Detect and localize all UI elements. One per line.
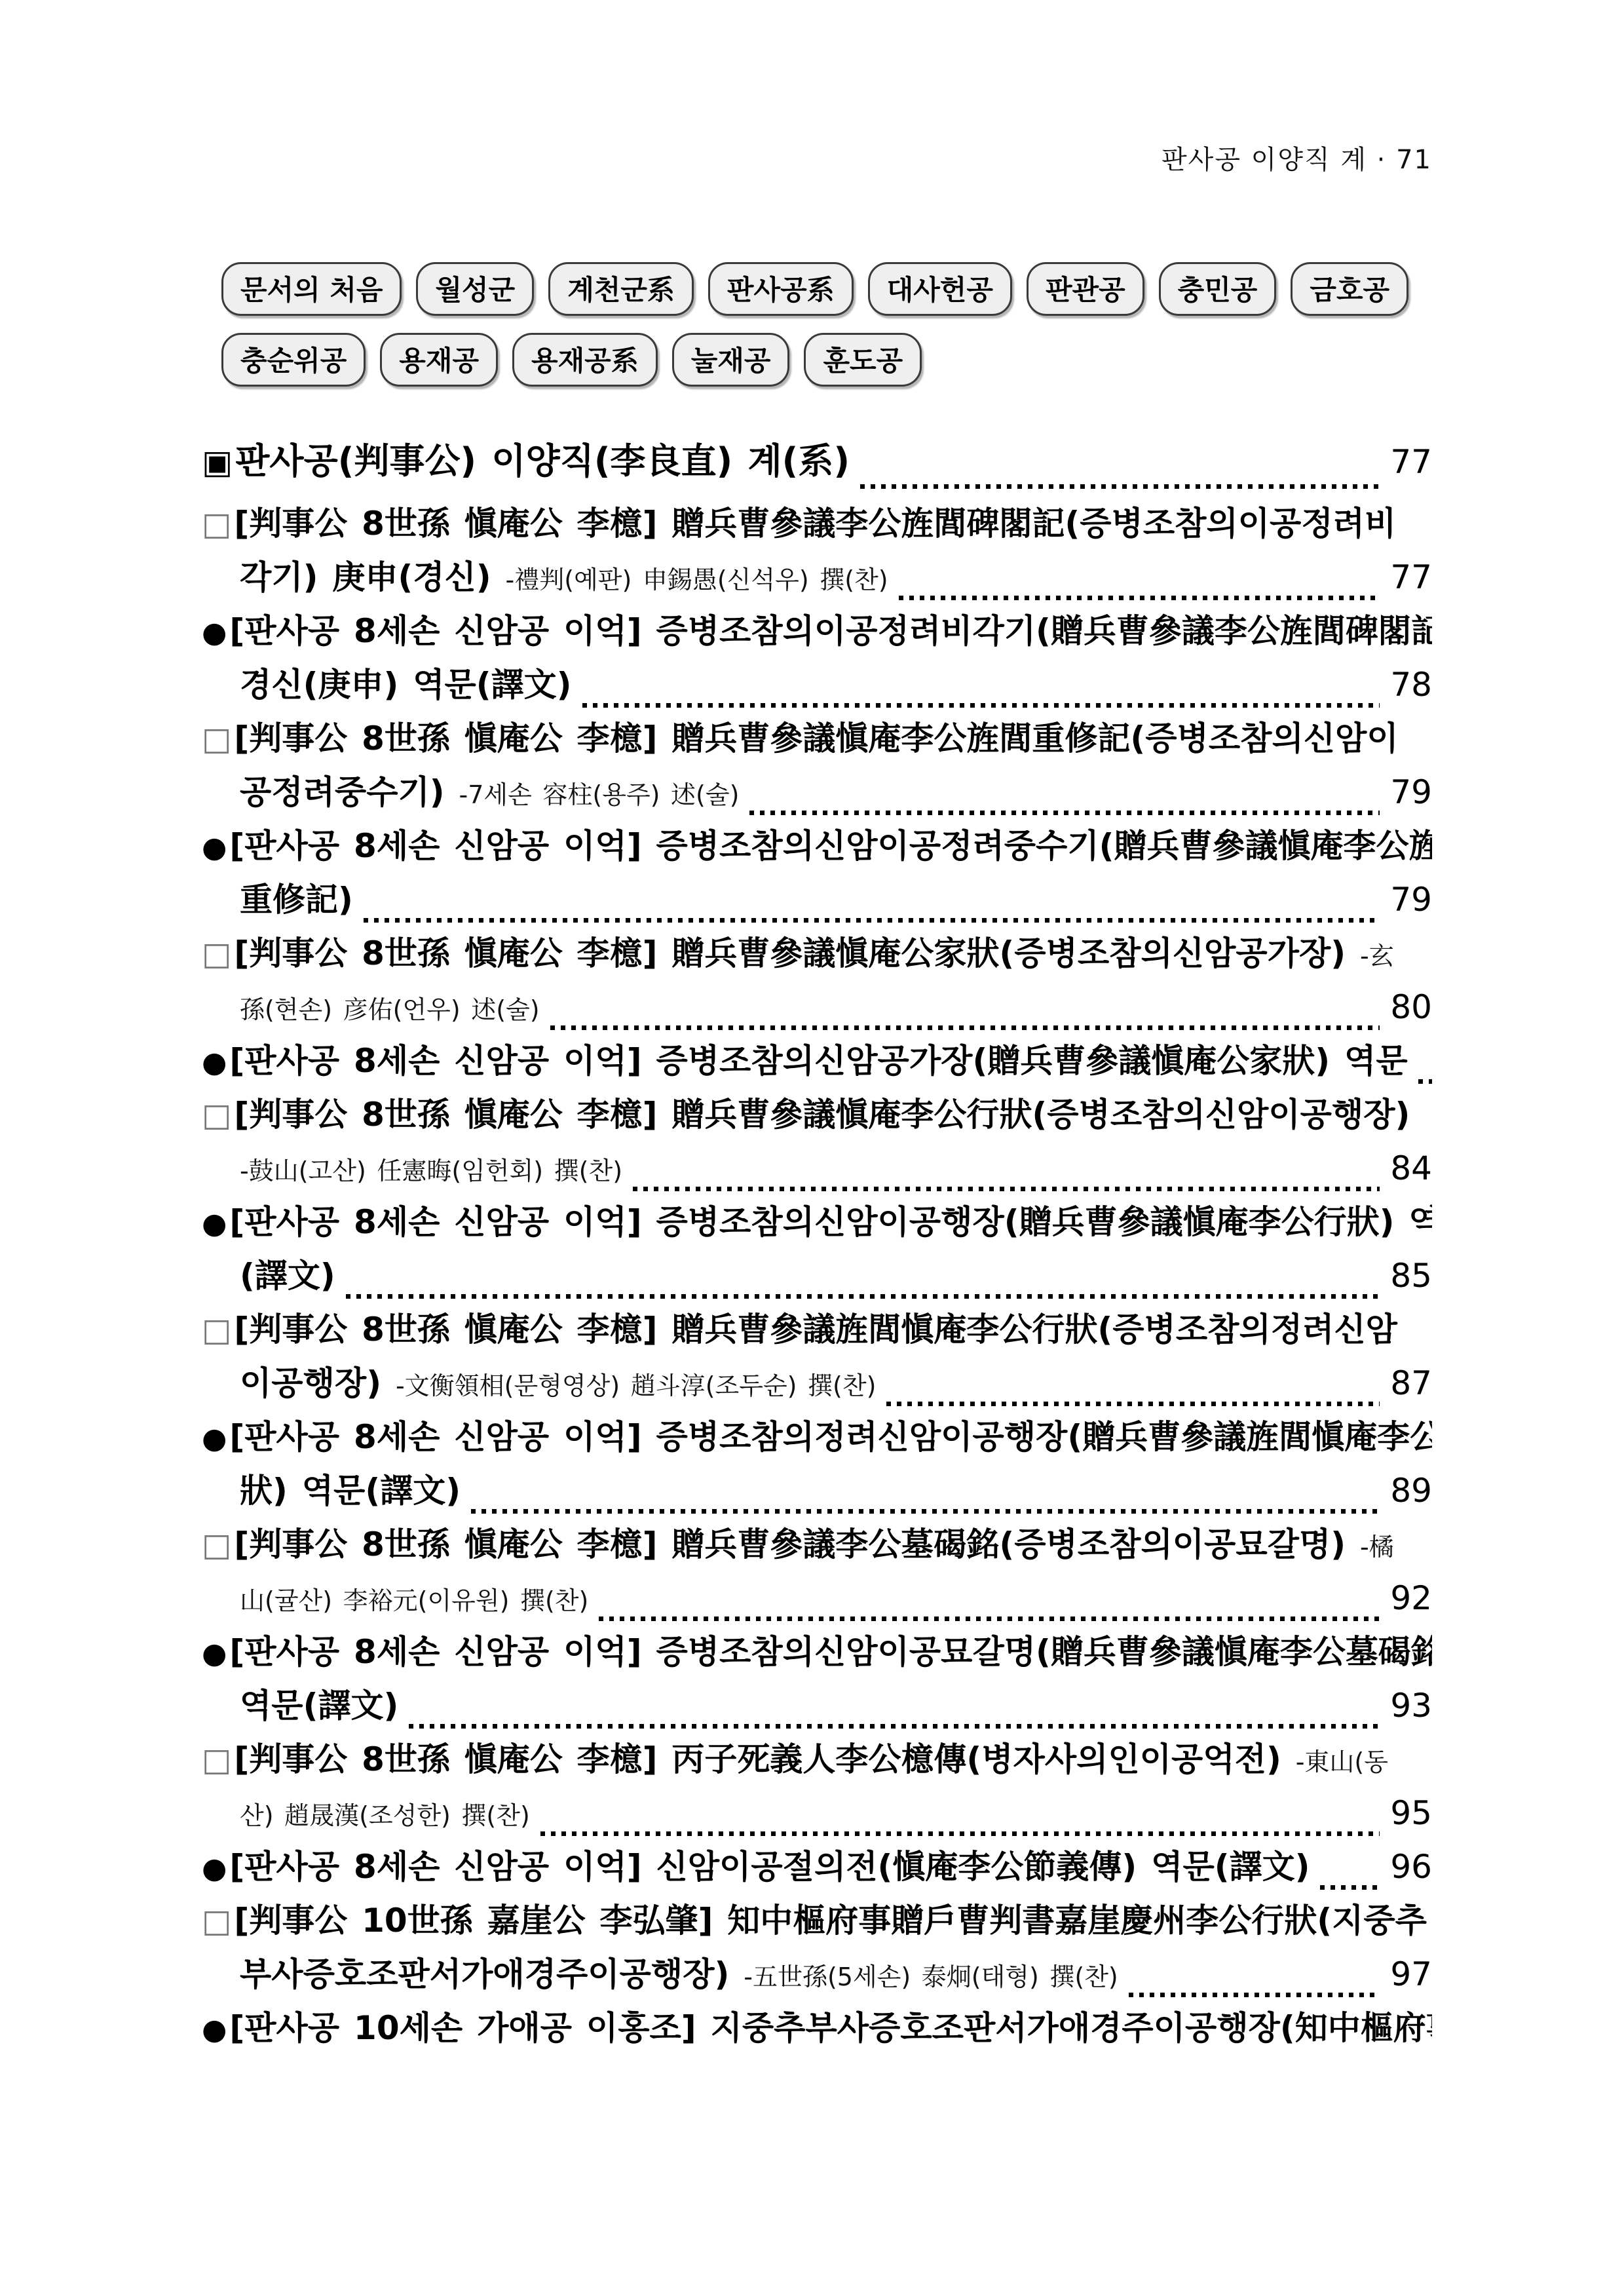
filled-circle-marker-icon: ● — [202, 2003, 227, 2055]
toc-heading: ▣ 판사공(判事公) 이양직(李良直) 계(系) 77 — [202, 430, 1432, 493]
toc-entry: □[判事公 8世孫 愼庵公 李檍] 贈兵曹參議李公墓碣銘(증병조참의이공묘갈명)… — [202, 1518, 1432, 1625]
toc-entry-text[interactable]: [판사공 10세손 가애공 이홍조] 지중추부사증호조판서가애경주이공행장(知中… — [229, 2001, 1432, 2055]
toc-entry: ●[판사공 8세손 신암공 이억] 증병조참의신암이공묘갈명(贈兵曹參議愼庵李公… — [202, 1625, 1432, 1732]
toc-line: 공정려중수기) -7세손 容柱(용주) 述(술)79 — [202, 765, 1432, 819]
dotted-leader — [540, 1831, 1380, 1836]
page-number: 85 — [1390, 1249, 1432, 1303]
dotted-leader — [599, 1617, 1380, 1621]
running-header-text: 판사공 이양직 계 · 71 — [1161, 145, 1432, 175]
toc-annotation-text[interactable]: 산) 趙晟漢(조성한) 撰(찬) — [240, 1789, 530, 1840]
dotted-leader — [582, 703, 1380, 708]
toc-entry-text[interactable]: [판사공 8세손 신암공 이억] 증병조참의신암이공정려중수기(贈兵曹參議愼庵李… — [229, 819, 1432, 873]
toc-entry-text[interactable]: [판사공 8세손 신암공 이억] 증병조참의신암이공묘갈명(贈兵曹參議愼庵李公墓… — [229, 1625, 1432, 1679]
dotted-leader — [346, 1294, 1380, 1299]
toc-entries: □[判事公 8世孫 愼庵公 李檍] 贈兵曹參議李公旌閭碑閣記(증병조참의이공정려… — [202, 497, 1432, 2055]
filled-circle-marker-icon: ● — [202, 606, 227, 658]
nav-pill[interactable]: 금호공 — [1291, 262, 1408, 316]
toc-line: ●[판사공 8세손 신암공 이억] 증병조참의신암이공묘갈명(贈兵曹參議愼庵李公… — [202, 1625, 1432, 1679]
dotted-leader — [1129, 1993, 1380, 1997]
toc-entry-text[interactable]: [판사공 8세손 신암공 이억] 신암이공절의전(愼庵李公節義傳) 역문(譯文) — [229, 1840, 1310, 1894]
toc-entry-text[interactable]: [判事公 8世孫 愼庵公 李檍] 贈兵曹參議愼庵公家狀(증병조참의신암공가장) — [234, 927, 1360, 980]
toc-entry-text[interactable]: [判事公 8世孫 愼庵公 李檍] 贈兵曹參議旌閭愼庵李公行狀(증병조참의정려신암 — [234, 1303, 1397, 1356]
toc-annotation-text[interactable]: -禮判(예판) 申錫愚(신석우) 撰(찬) — [506, 553, 888, 604]
toc-entry: □[判事公 8世孫 愼庵公 李檍] 贈兵曹參議愼庵李公行狀(증병조참의신암이공행… — [202, 1088, 1432, 1195]
toc-line: 경신(庚申) 역문(譯文)78 — [202, 658, 1432, 712]
toc-annotation-text[interactable]: -7세손 容柱(용주) 述(술) — [459, 768, 740, 819]
toc-line: 역문(譯文)93 — [202, 1679, 1432, 1732]
dotted-leader — [550, 1025, 1380, 1030]
toc-line: ●[판사공 8세손 신암공 이억] 증병조참의신암공가장(贈兵曹參議愼庵公家狀)… — [202, 1034, 1432, 1088]
toc-line: 狀) 역문(譯文)89 — [202, 1464, 1432, 1518]
open-square-marker-icon: □ — [202, 1518, 231, 1571]
running-header: 판사공 이양직 계 · 71 — [197, 139, 1432, 176]
toc-entry-text[interactable]: [判事公 8世孫 愼庵公 李檍] 贈兵曹參議李公旌閭碑閣記(증병조참의이공정려비 — [234, 497, 1396, 550]
toc-annotation-text[interactable]: -玄 — [1360, 929, 1394, 980]
dotted-leader — [409, 1724, 1380, 1729]
filled-circle-marker-icon: ● — [202, 1627, 227, 1679]
open-square-marker-icon: □ — [202, 1303, 231, 1356]
open-square-marker-icon: □ — [202, 497, 231, 550]
toc-entry-text[interactable]: (譯文) — [240, 1249, 335, 1303]
toc-line: ●[판사공 8세손 신암공 이억] 증병조참의이공정려비각기(贈兵曹參議李公旌閭… — [202, 604, 1432, 658]
page-number: 80 — [1390, 980, 1432, 1034]
toc-entry-text[interactable]: [판사공 8세손 신암공 이억] 증병조참의정려신암이공행장(贈兵曹參議旌閭愼庵… — [229, 1410, 1432, 1464]
toc-annotation-text[interactable]: 孫(현손) 彦佑(언우) 述(술) — [240, 983, 540, 1034]
toc-entry: □[判事公 8世孫 愼庵公 李檍] 贈兵曹參議旌閭愼庵李公行狀(증병조참의정려신… — [202, 1303, 1432, 1410]
open-square-marker-icon: □ — [202, 1733, 231, 1786]
toc-entry-text[interactable]: [判事公 8世孫 愼庵公 李檍] 贈兵曹參議愼庵李公旌閭重修記(증병조참의신암이 — [234, 712, 1398, 765]
page-number: 93 — [1390, 1679, 1432, 1732]
filled-circle-marker-icon: ● — [202, 821, 227, 873]
toc-line: 山(귤산) 李裕元(이유원) 撰(찬)92 — [202, 1571, 1432, 1625]
toc-entry-text[interactable]: [判事公 10世孫 嘉崖公 李弘肇] 知中樞府事贈戶曹判書嘉崖慶州李公行狀(지중… — [234, 1894, 1427, 1947]
toc-entry-text[interactable]: 重修記) — [240, 873, 353, 927]
toc-line: □[判事公 8世孫 愼庵公 李檍] 贈兵曹參議愼庵李公旌閭重修記(증병조참의신암… — [202, 712, 1432, 765]
nav-pill[interactable]: 판사공系 — [708, 262, 854, 316]
toc-line: ●[판사공 8세손 신암공 이억] 증병조참의정려신암이공행장(贈兵曹參議旌閭愼… — [202, 1410, 1432, 1464]
nav-pill[interactable]: 용재공系 — [512, 333, 658, 387]
toc-line: 이공행장) -文衡領相(문형영상) 趙斗淳(조두순) 撰(찬)87 — [202, 1356, 1432, 1410]
toc-entry: ●[판사공 8세손 신암공 이억] 증병조참의신암공가장(贈兵曹參議愼庵公家狀)… — [202, 1034, 1432, 1088]
toc-line: -鼓山(고산) 任憲晦(임헌회) 撰(찬)84 — [202, 1141, 1432, 1195]
toc-entry-text[interactable]: 공정려중수기) — [240, 765, 459, 819]
toc-entry-text[interactable]: [判事公 8世孫 愼庵公 李檍] 丙子死義人李公檍傳(병자사의인이공억전) — [234, 1732, 1295, 1786]
table-of-contents: ▣ 판사공(判事公) 이양직(李良直) 계(系) 77 □[判事公 8世孫 愼庵… — [202, 430, 1432, 2055]
nav-pill[interactable]: 대사헌공 — [868, 262, 1012, 316]
toc-entry-text[interactable]: 역문(譯文) — [240, 1679, 398, 1732]
toc-line: 孫(현손) 彦佑(언우) 述(술)80 — [202, 980, 1432, 1034]
toc-entry: □[判事公 8世孫 愼庵公 李檍] 丙子死義人李公檍傳(병자사의인이공억전) -… — [202, 1732, 1432, 1840]
toc-entry: ●[판사공 8세손 신암공 이억] 증병조참의정려신암이공행장(贈兵曹參議旌閭愼… — [202, 1410, 1432, 1518]
toc-entry-text[interactable]: [판사공 8세손 신암공 이억] 증병조참의신암이공행장(贈兵曹參議愼庵李公行狀… — [229, 1195, 1432, 1249]
nav-pill[interactable]: 충순위공 — [221, 333, 366, 387]
toc-entry-text[interactable]: [판사공 8세손 신암공 이억] 증병조참의신암공가장(贈兵曹參議愼庵公家狀) … — [229, 1034, 1407, 1088]
toc-entry-text[interactable]: 경신(庚申) 역문(譯文) — [240, 658, 572, 712]
toc-entry: ●[판사공 8세손 신암공 이억] 증병조참의신암이공행장(贈兵曹參議愼庵李公行… — [202, 1195, 1432, 1303]
toc-entry: ●[판사공 8세손 신암공 이억] 증병조참의이공정려비각기(贈兵曹參議李公旌閭… — [202, 604, 1432, 712]
nav-pill[interactable]: 문서의 처음 — [221, 262, 402, 316]
toc-annotation-text[interactable]: 山(귤산) 李裕元(이유원) 撰(찬) — [240, 1574, 588, 1625]
toc-entry-text[interactable]: [判事公 8世孫 愼庵公 李檍] 贈兵曹參議李公墓碣銘(증병조참의이공묘갈명) — [234, 1518, 1360, 1571]
toc-annotation-text[interactable]: -東山(동 — [1296, 1735, 1388, 1786]
page-number: 77 — [1390, 430, 1432, 493]
toc-entry: □[判事公 10世孫 嘉崖公 李弘肇] 知中樞府事贈戶曹判書嘉崖慶州李公行狀(지… — [202, 1894, 1432, 2001]
filled-circle-marker-icon: ● — [202, 1036, 227, 1088]
nav-pill[interactable]: 계천군系 — [548, 262, 694, 316]
toc-line: 산) 趙晟漢(조성한) 撰(찬)95 — [202, 1786, 1432, 1840]
page-number: 78 — [1390, 658, 1432, 712]
toc-annotation-text[interactable]: -文衡領相(문형영상) 趙斗淳(조두순) 撰(찬) — [396, 1359, 876, 1410]
toc-entry-text[interactable]: 부사증호조판서가애경주이공행장) — [240, 1947, 744, 2001]
toc-annotation-text[interactable]: -五世孫(5세손) 泰炯(태형) 撰(찬) — [744, 1950, 1118, 2001]
page-number: 95 — [1390, 1786, 1432, 1840]
nav-row: 문서의 처음월성군계천군系판사공系대사헌공판관공충민공금호공 — [221, 262, 1434, 316]
toc-entry: ●[판사공 8세손 신암공 이억] 증병조참의신암이공정려중수기(贈兵曹參議愼庵… — [202, 819, 1432, 927]
toc-line: □[判事公 8世孫 愼庵公 李檍] 贈兵曹參議李公旌閭碑閣記(증병조참의이공정려… — [202, 497, 1432, 550]
open-square-marker-icon: □ — [202, 1088, 231, 1141]
page-number: 96 — [1390, 1840, 1432, 1894]
toc-line: 부사증호조판서가애경주이공행장) -五世孫(5세손) 泰炯(태형) 撰(찬)97 — [202, 1947, 1432, 2001]
document-page: 판사공 이양직 계 · 71 문서의 처음월성군계천군系판사공系대사헌공판관공충… — [0, 0, 1624, 2296]
nav-pill[interactable]: 눌재공 — [672, 333, 790, 387]
page-number: 89 — [1390, 1464, 1432, 1518]
toc-line: □[判事公 8世孫 愼庵公 李檍] 丙子死義人李公檍傳(병자사의인이공억전) -… — [202, 1732, 1432, 1786]
toc-entry-text[interactable]: 狀) 역문(譯文) — [240, 1464, 461, 1518]
toc-entry: ●[판사공 10세손 가애공 이홍조] 지중추부사증호조판서가애경주이공행장(知… — [202, 2001, 1432, 2055]
toc-entry-text[interactable]: 이공행장) — [240, 1356, 396, 1410]
nav-pill[interactable]: 판관공 — [1027, 262, 1144, 316]
open-square-marker-icon: □ — [202, 927, 231, 980]
dotted-leader — [1320, 1885, 1380, 1890]
toc-line: ●[판사공 8세손 신암공 이억] 신암이공절의전(愼庵李公節義傳) 역문(譯文… — [202, 1840, 1432, 1894]
nav-pill[interactable]: 월성군 — [416, 262, 534, 316]
dotted-leader — [886, 1402, 1380, 1406]
toc-line: 각기) 庚申(경신) -禮判(예판) 申錫愚(신석우) 撰(찬)77 — [202, 550, 1432, 604]
page-number: 84 — [1390, 1141, 1432, 1195]
toc-annotation-text[interactable]: -橘 — [1360, 1520, 1394, 1571]
toc-line: □[判事公 8世孫 愼庵公 李檍] 贈兵曹參議愼庵公家狀(증병조참의신암공가장)… — [202, 927, 1432, 980]
toc-line: 重修記)79 — [202, 873, 1432, 927]
dotted-leader — [1418, 1079, 1432, 1084]
toc-line: □[判事公 8世孫 愼庵公 李檍] 贈兵曹參議旌閭愼庵李公行狀(증병조참의정려신… — [202, 1303, 1432, 1356]
toc-entry-text[interactable]: [判事公 8世孫 愼庵公 李檍] 贈兵曹參議愼庵李公行狀(증병조참의신암이공행장… — [234, 1088, 1410, 1141]
page-number: 77 — [1390, 550, 1432, 604]
toc-entry-text[interactable]: [판사공 8세손 신암공 이억] 증병조참의이공정려비각기(贈兵曹參議李公旌閭碑… — [229, 604, 1432, 658]
open-square-marker-icon: □ — [202, 1894, 231, 1947]
toc-entry-text[interactable]: 각기) 庚申(경신) — [240, 550, 506, 604]
quick-nav: 문서의 처음월성군계천군系판사공系대사헌공판관공충민공금호공충순위공용재공용재공… — [221, 262, 1434, 404]
filled-circle-marker-icon: ● — [202, 1842, 227, 1894]
toc-entry: □[判事公 8世孫 愼庵公 李檍] 贈兵曹參議李公旌閭碑閣記(증병조참의이공정려… — [202, 497, 1432, 604]
nav-pill[interactable]: 용재공 — [380, 333, 498, 387]
page-number: 79 — [1390, 873, 1432, 927]
nav-row: 충순위공용재공용재공系눌재공훈도공 — [221, 333, 1434, 387]
page-number: 97 — [1390, 1947, 1432, 2001]
toc-entry: □[判事公 8世孫 愼庵公 李檍] 贈兵曹參議愼庵公家狀(증병조참의신암공가장)… — [202, 927, 1432, 1034]
toc-heading-text[interactable]: 판사공(判事公) 이양직(李良直) 계(系) — [235, 430, 850, 493]
filled-circle-marker-icon: ● — [202, 1412, 227, 1464]
toc-line: □[判事公 8世孫 愼庵公 李檍] 贈兵曹參議愼庵李公行狀(증병조참의신암이공행… — [202, 1088, 1432, 1141]
page-number: 92 — [1390, 1571, 1432, 1625]
nav-pill[interactable]: 훈도공 — [804, 333, 922, 387]
toc-entry: □[判事公 8世孫 愼庵公 李檍] 贈兵曹參議愼庵李公旌閭重修記(증병조참의신암… — [202, 712, 1432, 819]
toc-line: ●[판사공 10세손 가애공 이홍조] 지중추부사증호조판서가애경주이공행장(知… — [202, 2001, 1432, 2055]
section-marker-icon: ▣ — [202, 430, 233, 493]
dotted-leader — [471, 1509, 1380, 1514]
dotted-leader — [899, 596, 1380, 600]
dotted-leader — [749, 811, 1380, 815]
dotted-leader — [633, 1187, 1380, 1191]
toc-line: ●[판사공 8세손 신암공 이억] 증병조참의신암이공행장(贈兵曹參議愼庵李公行… — [202, 1195, 1432, 1249]
nav-pill[interactable]: 충민공 — [1159, 262, 1277, 316]
page-number: 79 — [1390, 765, 1432, 819]
toc-line: ●[판사공 8세손 신암공 이억] 증병조참의신암이공정려중수기(贈兵曹參議愼庵… — [202, 819, 1432, 873]
toc-line: □[判事公 8世孫 愼庵公 李檍] 贈兵曹參議李公墓碣銘(증병조참의이공묘갈명)… — [202, 1518, 1432, 1571]
dotted-leader — [860, 484, 1380, 489]
filled-circle-marker-icon: ● — [202, 1197, 227, 1249]
open-square-marker-icon: □ — [202, 712, 231, 765]
toc-line: (譯文)85 — [202, 1249, 1432, 1303]
dotted-leader — [364, 918, 1380, 923]
page-number: 87 — [1390, 1356, 1432, 1410]
toc-entry: ●[판사공 8세손 신암공 이억] 신암이공절의전(愼庵李公節義傳) 역문(譯文… — [202, 1840, 1432, 1894]
toc-annotation-text[interactable]: -鼓山(고산) 任憲晦(임헌회) 撰(찬) — [240, 1144, 622, 1195]
toc-line: □[判事公 10世孫 嘉崖公 李弘肇] 知中樞府事贈戶曹判書嘉崖慶州李公行狀(지… — [202, 1894, 1432, 1947]
